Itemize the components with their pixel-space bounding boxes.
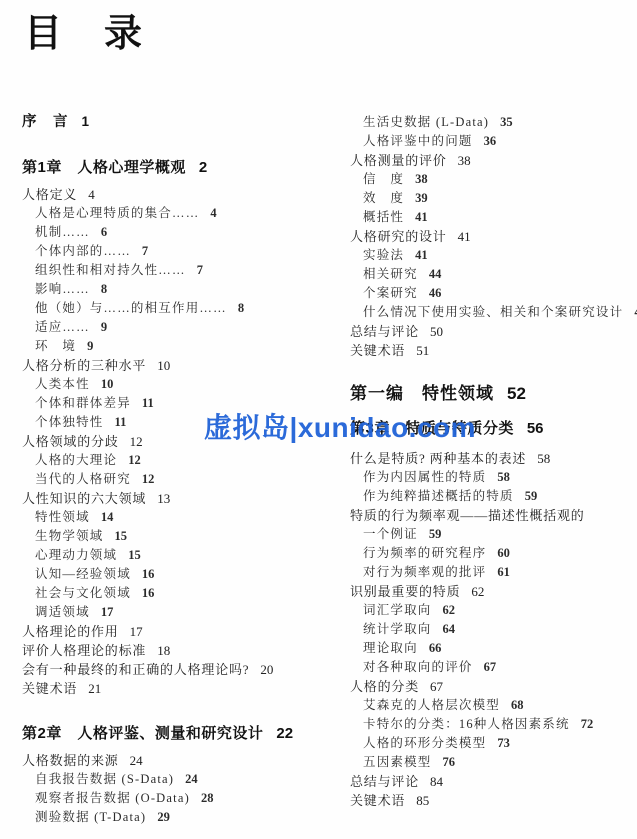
toc-entry-sub: 作为纯粹描述概括的特质59 bbox=[350, 487, 630, 506]
toc-entry-text: 适应…… bbox=[35, 320, 90, 334]
toc-entry-section: 人性知识的六大领域13 bbox=[22, 489, 330, 508]
toc-entry-page: 61 bbox=[497, 565, 510, 579]
toc-entry-text: 人格分析的三种水平 bbox=[22, 358, 146, 373]
toc-entry-page: 24 bbox=[185, 772, 198, 786]
toc-entry-text: 观察者报告数据 (O-Data) bbox=[35, 791, 190, 805]
toc-entry-page: 24 bbox=[130, 753, 143, 768]
toc-entry-page: 15 bbox=[128, 548, 141, 562]
toc-entry-page: 28 bbox=[201, 791, 214, 805]
toc-entry-sub: 个体内部的……7 bbox=[22, 242, 330, 261]
toc-entry-sub: 相关研究44 bbox=[350, 265, 630, 284]
toc-entry-page: 41 bbox=[415, 210, 428, 224]
toc-entry-page: 41 bbox=[458, 229, 471, 244]
toc-entry-sub: 机制……6 bbox=[22, 223, 330, 242]
toc-entry-page: 39 bbox=[415, 191, 428, 205]
toc-entry-page: 9 bbox=[101, 320, 107, 334]
toc-entry-chapter: 第2章 人格评鉴、测量和研究设计22 bbox=[22, 723, 330, 744]
toc-entry-section: 总结与评论50 bbox=[350, 322, 630, 341]
toc-entry-page: 16 bbox=[142, 586, 155, 600]
toc-entry-text: 人类本性 bbox=[35, 377, 90, 391]
toc-entry-page: 12 bbox=[130, 434, 143, 449]
toc-entry-text: 第一编 特性领域 bbox=[350, 384, 494, 403]
toc-entry-sub: 适应……9 bbox=[22, 318, 330, 337]
toc-right-column: 生活史数据 (L-Data)35人格评鉴中的问题36人格测量的评价38信 度38… bbox=[350, 113, 630, 810]
toc-entry-preface: 序 言1 bbox=[22, 112, 330, 132]
toc-entry-text: 实验法 bbox=[363, 248, 404, 262]
toc-entry-sub: 生物学领域15 bbox=[22, 527, 330, 546]
toc-entry-sub: 观察者报告数据 (O-Data)28 bbox=[22, 789, 330, 808]
toc-entry-page: 62 bbox=[471, 584, 484, 599]
toc-entry-text: 心理动力领域 bbox=[35, 548, 117, 562]
toc-entry-page: 10 bbox=[101, 377, 114, 391]
toc-entry-text: 行为频率的研究程序 bbox=[363, 546, 486, 560]
toc-entry-section: 人格定义4 bbox=[22, 185, 330, 204]
toc-entry-section: 关键术语21 bbox=[22, 679, 330, 698]
toc-entry-text: 生活史数据 (L-Data) bbox=[363, 115, 489, 129]
toc-entry-sub: 效 度39 bbox=[350, 189, 630, 208]
toc-entry-sub: 特性领域14 bbox=[22, 508, 330, 527]
toc-entry-sub: 五因素模型76 bbox=[350, 753, 630, 772]
toc-entry-sub: 社会与文化领域16 bbox=[22, 584, 330, 603]
watermark: 虚拟岛|xunidao.com bbox=[204, 406, 476, 446]
toc-entry-text: 测验数据 (T-Data) bbox=[35, 810, 146, 824]
toc-entry-sub: 概括性41 bbox=[350, 208, 630, 227]
toc-entry-text: 人格的分类 bbox=[350, 679, 419, 694]
toc-entry-sub: 对行为频率观的批评61 bbox=[350, 563, 630, 582]
toc-entry-page: 52 bbox=[507, 384, 526, 403]
toc-entry-page: 56 bbox=[527, 420, 544, 437]
toc-entry-sub: 他（她）与……的相互作用……8 bbox=[22, 299, 330, 318]
toc-entry-sub: 调适领域17 bbox=[22, 603, 330, 622]
toc-entry-text: 效 度 bbox=[363, 191, 404, 205]
toc-entry-section: 关键术语85 bbox=[350, 791, 630, 810]
toc-entry-page: 6 bbox=[101, 225, 107, 239]
toc-entry-page: 12 bbox=[128, 453, 141, 467]
toc-entry-page: 36 bbox=[484, 134, 497, 148]
toc-entry-sub: 心理动力领域15 bbox=[22, 546, 330, 565]
toc-entry-page: 17 bbox=[130, 624, 143, 639]
toc-entry-text: 人格领域的分歧 bbox=[22, 434, 119, 449]
toc-entry-sub: 艾森克的人格层次模型68 bbox=[350, 696, 630, 715]
toc-entry-page: 50 bbox=[430, 324, 443, 339]
toc-entry-chapter: 第1章 人格心理学概观2 bbox=[22, 157, 330, 178]
toc-entry-text: 评价人格理论的标准 bbox=[22, 643, 146, 658]
toc-entry-section: 人格测量的评价38 bbox=[350, 151, 630, 170]
toc-entry-page: 38 bbox=[458, 153, 471, 168]
toc-entry-text: 关键术语 bbox=[22, 681, 77, 696]
toc-entry-sub: 个案研究46 bbox=[350, 284, 630, 303]
toc-entry-sub: 环 境9 bbox=[22, 337, 330, 356]
toc-entry-text: 五因素模型 bbox=[363, 755, 432, 769]
toc-entry-page: 18 bbox=[157, 643, 170, 658]
toc-entry-text: 作为内因属性的特质 bbox=[363, 470, 486, 484]
toc-entry-page: 85 bbox=[416, 793, 429, 808]
toc-entry-text: 对各种取向的评价 bbox=[363, 660, 473, 674]
toc-entry-text: 相关研究 bbox=[363, 267, 418, 281]
toc-entry-text: 理论取向 bbox=[363, 641, 418, 655]
toc-entry-page: 59 bbox=[429, 527, 442, 541]
toc-entry-page: 13 bbox=[157, 491, 170, 506]
toc-entry-page: 2 bbox=[199, 159, 207, 176]
toc-entry-sub: 人格的大理论12 bbox=[22, 451, 330, 470]
toc-entry-page: 58 bbox=[537, 451, 550, 466]
toc-entry-page: 64 bbox=[443, 622, 456, 636]
toc-entry-page: 16 bbox=[142, 567, 155, 581]
toc-entry-text: 环 境 bbox=[35, 339, 76, 353]
toc-entry-text: 社会与文化领域 bbox=[35, 586, 131, 600]
toc-entry-text: 认知—经验领域 bbox=[35, 567, 131, 581]
toc-left-column: 序 言1第1章 人格心理学概观2人格定义4人格是心理特质的集合……4机制……6个… bbox=[22, 112, 330, 827]
toc-entry-section: 人格的分类67 bbox=[350, 677, 630, 696]
toc-entry-page: 22 bbox=[276, 725, 293, 742]
toc-entry-section: 会有一种最终的和正确的人格理论吗?20 bbox=[22, 660, 330, 679]
toc-entry-sub: 一个例证59 bbox=[350, 525, 630, 544]
toc-entry-page: 59 bbox=[525, 489, 538, 503]
toc-entry-page: 73 bbox=[497, 736, 510, 750]
toc-entry-page: 21 bbox=[88, 681, 101, 696]
toc-entry-page: 29 bbox=[157, 810, 170, 824]
toc-entry-sub: 实验法41 bbox=[350, 246, 630, 265]
page-title: 目 录 bbox=[24, 2, 144, 57]
toc-entry-text: 生物学领域 bbox=[35, 529, 104, 543]
toc-entry-text: 个体和群体差异 bbox=[35, 396, 131, 410]
toc-entry-sub: 卡特尔的分类：16种人格因素系统72 bbox=[350, 715, 630, 734]
toc-entry-section: 人格分析的三种水平10 bbox=[22, 356, 330, 375]
toc-entry-sub: 统计学取向64 bbox=[350, 620, 630, 639]
toc-entry-text: 人格的环形分类模型 bbox=[363, 736, 486, 750]
toc-entry-section: 人格理论的作用17 bbox=[22, 622, 330, 641]
toc-entry-sub: 生活史数据 (L-Data)35 bbox=[350, 113, 630, 132]
toc-entry-page: 1 bbox=[82, 114, 90, 129]
toc-entry-sub: 人格是心理特质的集合……4 bbox=[22, 204, 330, 223]
toc-entry-page: 72 bbox=[581, 717, 594, 731]
toc-entry-text: 艾森克的人格层次模型 bbox=[363, 698, 500, 712]
toc-entry-sub: 信 度38 bbox=[350, 170, 630, 189]
toc-entry-sub: 人格的环形分类模型73 bbox=[350, 734, 630, 753]
toc-entry-page: 51 bbox=[416, 343, 429, 358]
toc-entry-section: 关键术语51 bbox=[350, 341, 630, 360]
toc-entry-text: 当代的人格研究 bbox=[35, 472, 131, 486]
toc-entry-text: 统计学取向 bbox=[363, 622, 432, 636]
toc-entry-sub: 认知—经验领域16 bbox=[22, 565, 330, 584]
toc-entry-page: 17 bbox=[101, 605, 114, 619]
toc-entry-page: 12 bbox=[142, 472, 155, 486]
toc-entry-page: 60 bbox=[497, 546, 510, 560]
toc-entry-page: 4 bbox=[210, 206, 216, 220]
toc-entry-text: 第1章 人格心理学概观 bbox=[22, 159, 186, 176]
toc-entry-text: 人格测量的评价 bbox=[350, 153, 447, 168]
toc-entry-text: 个案研究 bbox=[363, 286, 418, 300]
toc-entry-text: 特性领域 bbox=[35, 510, 90, 524]
toc-entry-text: 个体独特性 bbox=[35, 415, 104, 429]
toc-entry-sub: 自我报告数据 (S-Data)24 bbox=[22, 770, 330, 789]
toc-entry-page: 9 bbox=[87, 339, 93, 353]
toc-entry-text: 人格数据的来源 bbox=[22, 753, 119, 768]
toc-entry-text: 人格理论的作用 bbox=[22, 624, 119, 639]
toc-entry-page: 68 bbox=[511, 698, 524, 712]
toc-entry-text: 人格研究的设计 bbox=[350, 229, 447, 244]
toc-entry-section: 人格研究的设计41 bbox=[350, 227, 630, 246]
toc-entry-text: 组织性和相对持久性…… bbox=[35, 263, 186, 277]
toc-entry-text: 总结与评论 bbox=[350, 324, 419, 339]
toc-entry-text: 他（她）与……的相互作用…… bbox=[35, 301, 227, 315]
toc-entry-sub: 组织性和相对持久性……7 bbox=[22, 261, 330, 280]
toc-entry-sub: 行为频率的研究程序60 bbox=[350, 544, 630, 563]
toc-entry-page: 58 bbox=[497, 470, 510, 484]
toc-entry-sub: 人格评鉴中的问题36 bbox=[350, 132, 630, 151]
toc-entry-text: 人格是心理特质的集合…… bbox=[35, 206, 199, 220]
toc-entry-section: 评价人格理论的标准18 bbox=[22, 641, 330, 660]
toc-entry-text: 机制…… bbox=[35, 225, 90, 239]
toc-entry-page: 44 bbox=[429, 267, 442, 281]
toc-entry-page: 10 bbox=[157, 358, 170, 373]
toc-entry-text: 一个例证 bbox=[363, 527, 418, 541]
toc-entry-page: 38 bbox=[415, 172, 428, 186]
toc-entry-sub: 词汇学取向62 bbox=[350, 601, 630, 620]
toc-entry-page: 67 bbox=[430, 679, 443, 694]
toc-entry-text: 人格定义 bbox=[22, 187, 77, 202]
toc-entry-section: 识别最重要的特质62 bbox=[350, 582, 630, 601]
toc-entry-page: 46 bbox=[429, 286, 442, 300]
toc-entry-text: 人性知识的六大领域 bbox=[22, 491, 146, 506]
toc-entry-text: 调适领域 bbox=[35, 605, 90, 619]
toc-entry-page: 14 bbox=[101, 510, 114, 524]
toc-entry-sub: 作为内因属性的特质58 bbox=[350, 468, 630, 487]
toc-entry-sub: 测验数据 (T-Data)29 bbox=[22, 808, 330, 827]
toc-entry-page: 66 bbox=[429, 641, 442, 655]
toc-entry-page: 11 bbox=[142, 396, 154, 410]
toc-entry-page: 35 bbox=[500, 115, 513, 129]
toc-entry-text: 词汇学取向 bbox=[363, 603, 432, 617]
toc-entry-section: 总结与评论84 bbox=[350, 772, 630, 791]
toc-entry-text: 卡特尔的分类：16种人格因素系统 bbox=[363, 717, 570, 731]
toc-entry-sub: 当代的人格研究12 bbox=[22, 470, 330, 489]
toc-entry-text: 自我报告数据 (S-Data) bbox=[35, 772, 174, 786]
toc-entry-text: 关键术语 bbox=[350, 343, 405, 358]
toc-entry-page: 20 bbox=[260, 662, 273, 677]
toc-entry-sub: 人类本性10 bbox=[22, 375, 330, 394]
toc-entry-page: 76 bbox=[443, 755, 456, 769]
toc-page: 目 录 虚拟岛|xunidao.com 序 言1第1章 人格心理学概观2人格定义… bbox=[0, 0, 637, 839]
toc-entry-section: 特质的行为频率观——描述性概括观的 bbox=[350, 506, 630, 525]
toc-entry-text: 概括性 bbox=[363, 210, 404, 224]
toc-entry-text: 序 言 bbox=[22, 114, 69, 130]
toc-entry-text: 人格的大理论 bbox=[35, 453, 117, 467]
toc-entry-section: 什么是特质? 两种基本的表述58 bbox=[350, 449, 630, 468]
toc-entry-text: 会有一种最终的和正确的人格理论吗? bbox=[22, 662, 249, 677]
toc-entry-sub: 理论取向66 bbox=[350, 639, 630, 658]
toc-entry-text: 影响…… bbox=[35, 282, 90, 296]
toc-entry-page: 62 bbox=[443, 603, 456, 617]
toc-entry-text: 特质的行为频率观——描述性概括观的 bbox=[350, 508, 585, 523]
toc-entry-part: 第一编 特性领域52 bbox=[350, 382, 630, 406]
toc-entry-sub: 影响……8 bbox=[22, 280, 330, 299]
toc-entry-section: 人格数据的来源24 bbox=[22, 751, 330, 770]
toc-entry-page: 7 bbox=[142, 244, 148, 258]
toc-entry-text: 人格评鉴中的问题 bbox=[363, 134, 473, 148]
toc-entry-page: 15 bbox=[115, 529, 128, 543]
toc-entry-text: 什么情况下使用实验、相关和个案研究设计 bbox=[363, 305, 623, 319]
toc-entry-page: 7 bbox=[197, 263, 203, 277]
toc-entry-text: 作为纯粹描述概括的特质 bbox=[363, 489, 514, 503]
toc-entry-sub: 对各种取向的评价67 bbox=[350, 658, 630, 677]
toc-entry-page: 4 bbox=[88, 187, 95, 202]
toc-entry-page: 67 bbox=[484, 660, 497, 674]
toc-entry-page: 84 bbox=[430, 774, 443, 789]
toc-entry-text: 关键术语 bbox=[350, 793, 405, 808]
toc-entry-page: 8 bbox=[238, 301, 244, 315]
toc-entry-text: 总结与评论 bbox=[350, 774, 419, 789]
toc-entry-text: 什么是特质? 两种基本的表述 bbox=[350, 451, 526, 466]
toc-entry-page: 41 bbox=[415, 248, 428, 262]
toc-entry-text: 个体内部的…… bbox=[35, 244, 131, 258]
toc-entry-text: 信 度 bbox=[363, 172, 404, 186]
toc-entry-page: 11 bbox=[115, 415, 127, 429]
toc-entry-page: 8 bbox=[101, 282, 107, 296]
toc-entry-text: 对行为频率观的批评 bbox=[363, 565, 486, 579]
toc-entry-text: 第2章 人格评鉴、测量和研究设计 bbox=[22, 725, 263, 742]
toc-entry-text: 识别最重要的特质 bbox=[350, 584, 460, 599]
toc-entry-sub: 什么情况下使用实验、相关和个案研究设计49 bbox=[350, 303, 630, 322]
